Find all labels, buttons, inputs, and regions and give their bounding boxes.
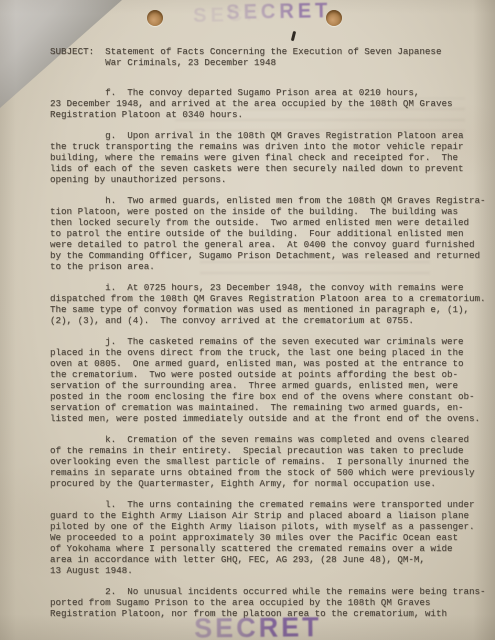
secret-stamp-top: SECRET	[226, 0, 332, 25]
paragraph-l: l. The urns containing the cremated rema…	[50, 499, 493, 576]
paragraph-g: g. Upon arrival in the 108th QM Graves R…	[50, 130, 493, 185]
paragraph-i: i. At 0725 hours, 23 December 1948, the …	[50, 282, 493, 326]
subject-block: SUBJECT: Statement of Facts Concerning t…	[50, 46, 493, 68]
paragraph-f: f. The convoy departed Sugamo Prison are…	[50, 87, 493, 120]
document-photo: SECRET SECRET SUBJECT: Statement of Fact…	[0, 0, 495, 640]
paragraph-k: k. Cremation of the seven remains was co…	[50, 434, 493, 489]
secret-stamp-bottom: SECRET	[194, 612, 322, 640]
paragraph-h: h. Two armed guards, enlisted men from t…	[50, 195, 493, 272]
pen-mark	[291, 31, 296, 41]
paragraph-j: j. The casketed remains of the seven exe…	[50, 336, 493, 424]
typed-text-block: SUBJECT: Statement of Facts Concerning t…	[50, 46, 493, 629]
hole-punch-left-icon	[147, 10, 163, 26]
